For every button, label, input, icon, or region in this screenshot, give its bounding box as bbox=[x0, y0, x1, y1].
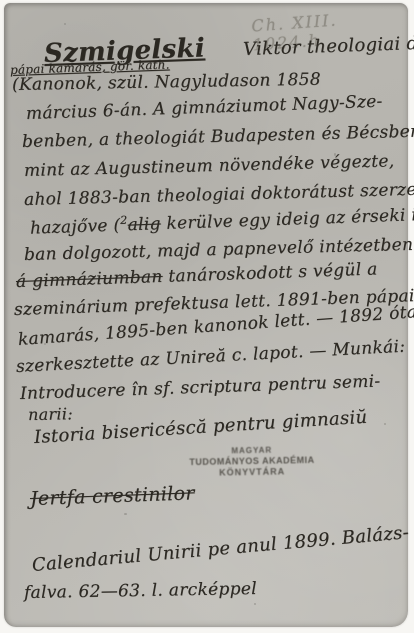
paper-speckle bbox=[44, 343, 46, 345]
handwritten-line: mint az Augustineum növendéke végezte, bbox=[24, 151, 395, 181]
handwritten-line: Istoria bisericéscă pentru gimnasiŭ bbox=[33, 407, 368, 448]
library-stamp: MAGYAR TUDOMÁNYOS AKADÉMIA KÖNYVTÁRA bbox=[172, 445, 333, 480]
handwritten-line-with-correction: á gimnáziumban tanároskodott s végül a bbox=[16, 259, 378, 292]
line-text: tanároskodott s végül a bbox=[162, 259, 378, 286]
handwritten-line: Introducere în sf. scriptura pentru semi… bbox=[20, 371, 381, 404]
paper-speckle bbox=[64, 23, 66, 25]
handwritten-line: benben, a theologiát Budapesten és Bécsb… bbox=[22, 121, 414, 152]
handwritten-line: falva. 62—63. l. arcképpel bbox=[24, 579, 257, 603]
paper-speckle bbox=[254, 603, 256, 605]
struck-title-line: Jertfa crestinilor bbox=[30, 482, 195, 510]
paper-speckle bbox=[384, 423, 386, 425]
paper-speckle bbox=[334, 153, 336, 156]
struck-word: alig bbox=[127, 214, 161, 235]
struck-phrase: á gimnáziumban bbox=[16, 267, 163, 292]
line-text: hazajőve ( bbox=[30, 216, 121, 239]
handwritten-line: (Kanonok, szül. Nagyludason 1858 bbox=[12, 70, 321, 95]
paper-speckle bbox=[124, 513, 127, 515]
line-text: kerülve egy ideig az érseki irodá- bbox=[160, 204, 414, 235]
person-title: Viktor theologiai doktor, bbox=[243, 31, 414, 60]
handwritten-line: Calendariul Unirii pe anul 1899. Balázs- bbox=[31, 522, 410, 576]
handwritten-line: narii: bbox=[28, 404, 73, 424]
handwritten-line: március 6-án. A gimnáziumot Nagy-Sze- bbox=[26, 92, 383, 124]
scanned-document-page: { "doc": { "pencil_annotation": "Ch. XII… bbox=[0, 0, 414, 633]
catalog-card-paper: Ch. XIII. 1024.h SzmigelskiViktor theolo… bbox=[4, 3, 408, 627]
